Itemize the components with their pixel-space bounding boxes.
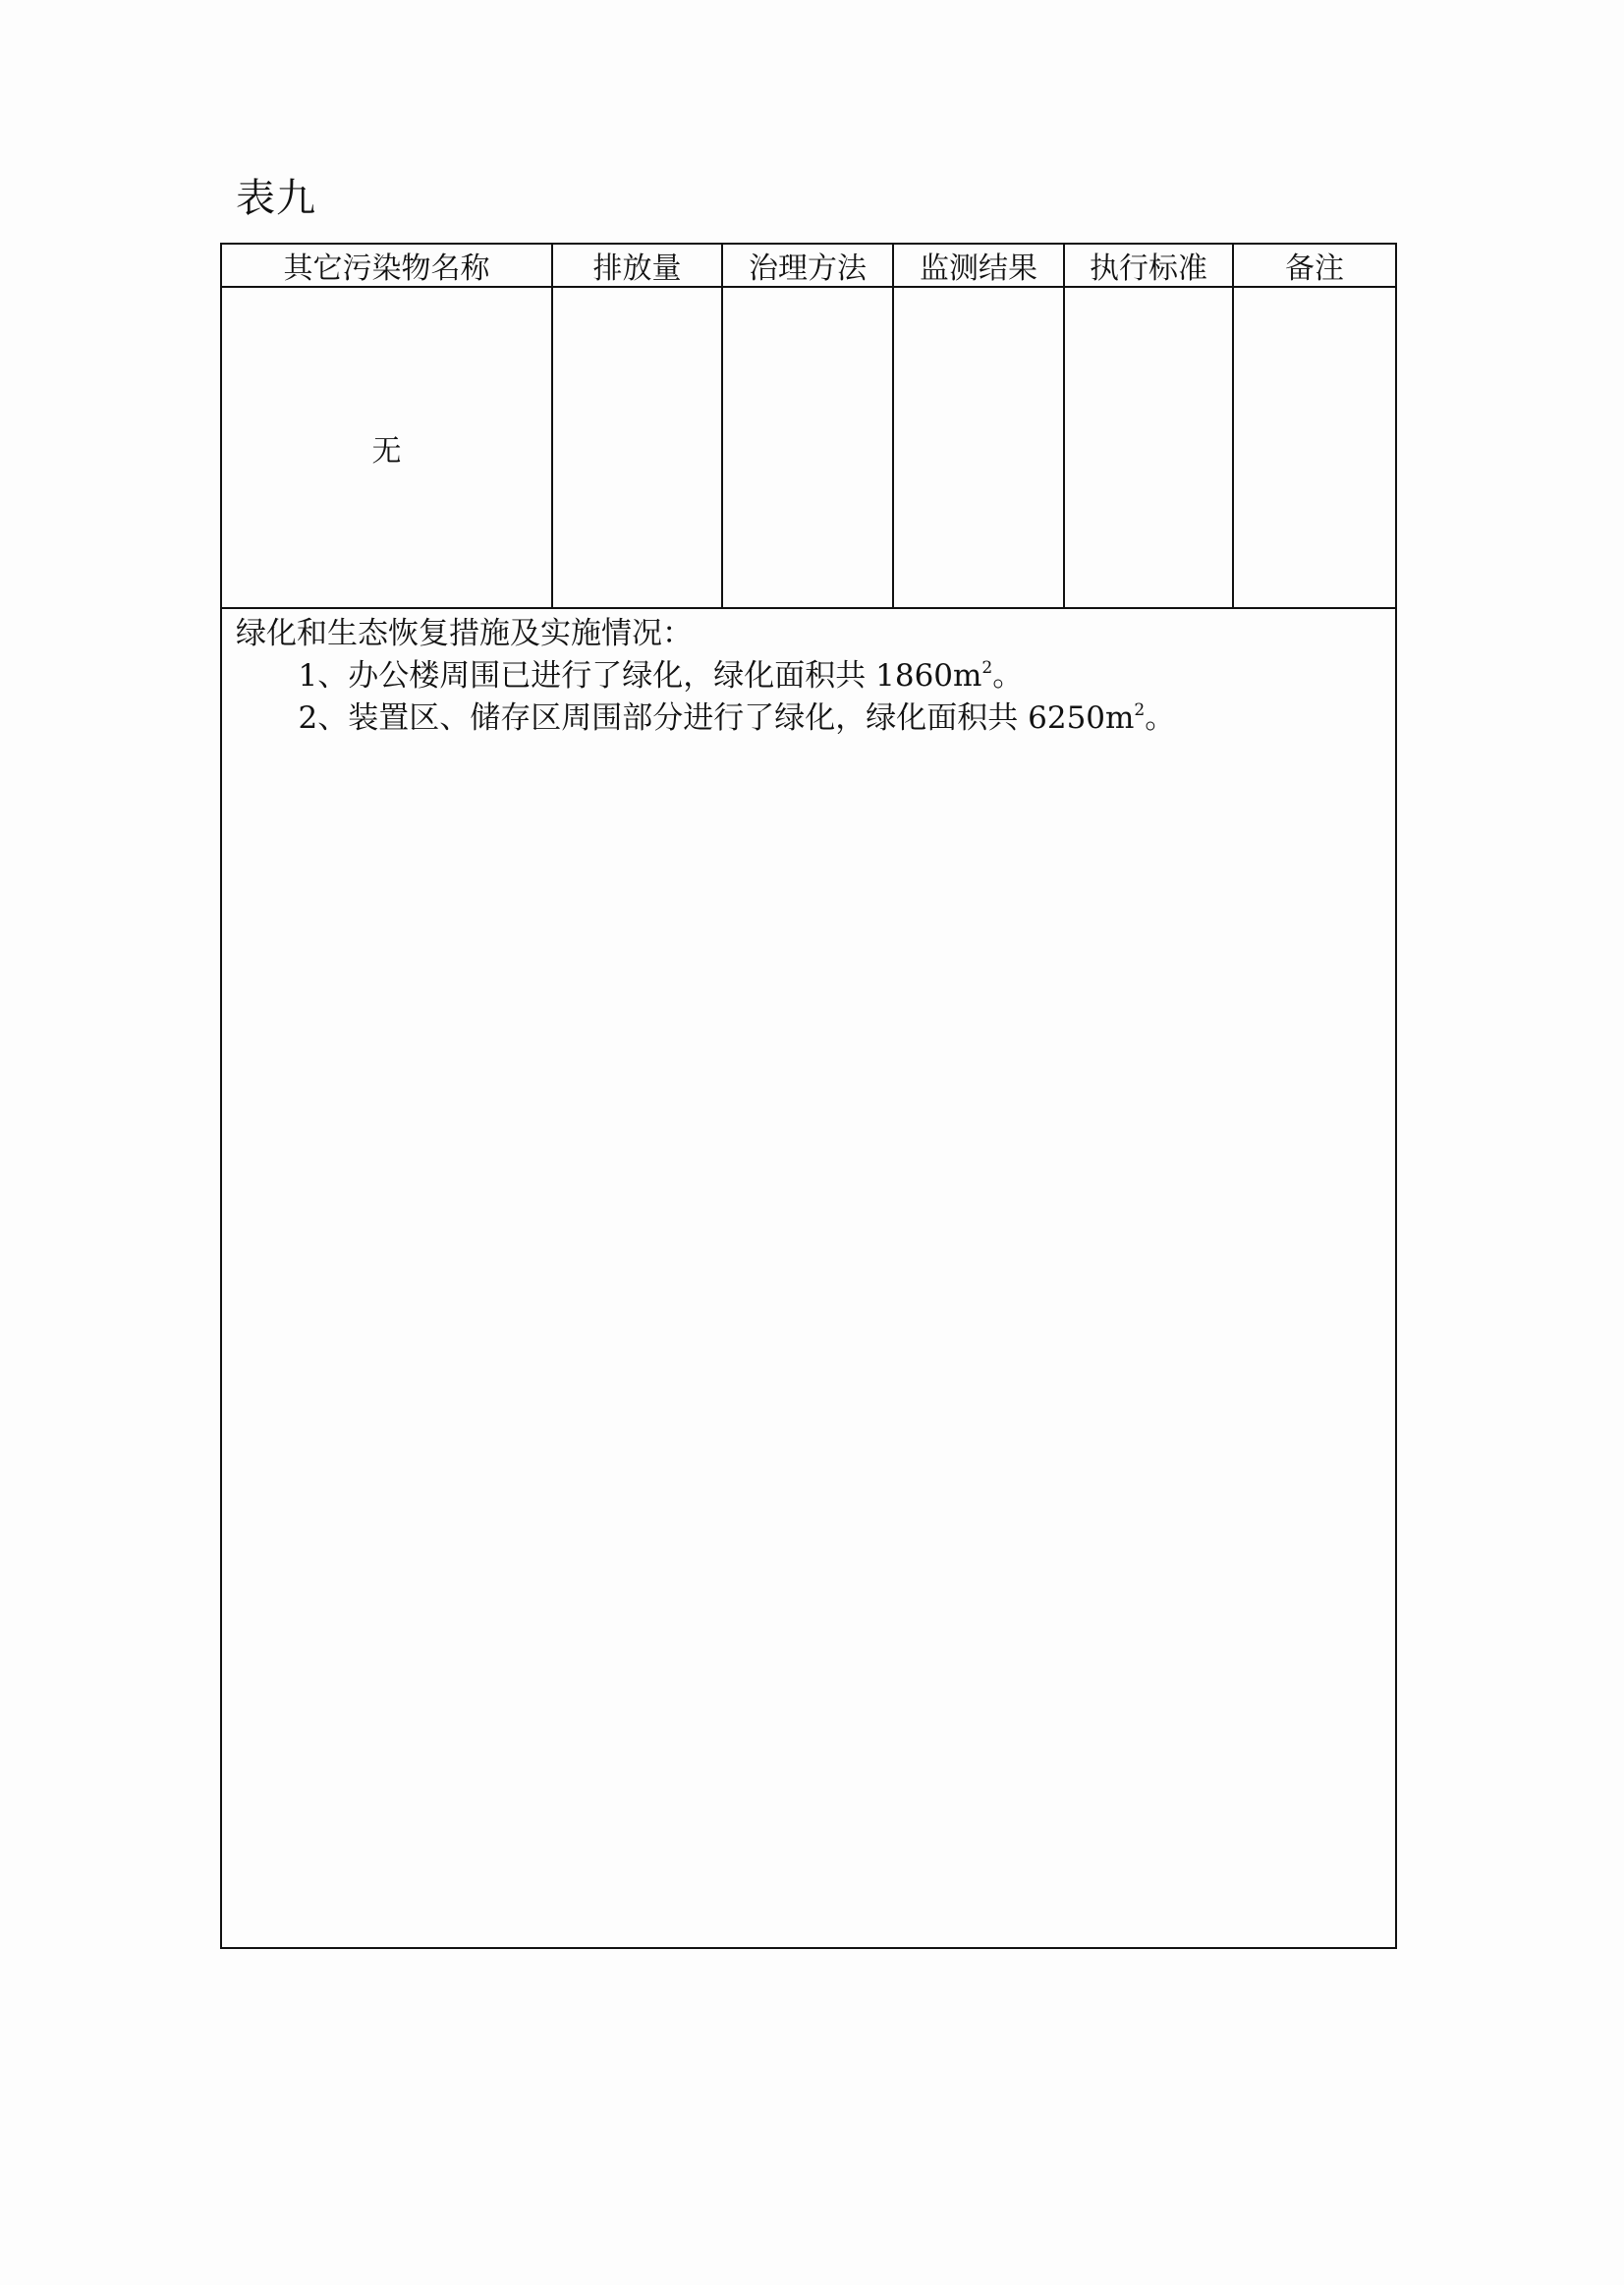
cell-monitoring-result [894, 288, 1065, 607]
cell-pollutant-name: 无 [222, 288, 553, 607]
header-standard: 执行标准 [1065, 245, 1234, 286]
superscript: 2 [1134, 700, 1145, 720]
cell-emission-amount [553, 288, 723, 607]
greening-item-1-text: 1、办公楼周围已进行了绿化，绿化面积共 1860m [299, 658, 982, 694]
header-remarks: 备注 [1234, 245, 1395, 286]
table-row: 无 [222, 288, 1395, 609]
greening-item-2: 2、装置区、储存区周围部分进行了绿化，绿化面积共 6250m2。 [236, 697, 1381, 740]
greening-heading: 绿化和生态恢复措施及实施情况： [236, 613, 1381, 655]
cell-treatment-method [723, 288, 894, 607]
header-emission-amount: 排放量 [553, 245, 723, 286]
header-pollutant-name: 其它污染物名称 [222, 245, 553, 286]
header-treatment-method: 治理方法 [723, 245, 894, 286]
greening-item-1: 1、办公楼周围已进行了绿化，绿化面积共 1860m2。 [236, 655, 1381, 697]
page-title: 表九 [236, 175, 316, 222]
header-monitoring-result: 监测结果 [894, 245, 1065, 286]
pollutant-table: 其它污染物名称 排放量 治理方法 监测结果 执行标准 备注 无 绿化和生态恢复措… [220, 243, 1397, 1949]
cell-remarks [1234, 288, 1395, 607]
cell-standard [1065, 288, 1234, 607]
greening-item-2-end: 。 [1145, 700, 1175, 736]
superscript: 2 [981, 658, 992, 678]
greening-item-1-end: 。 [992, 658, 1023, 694]
greening-item-2-text: 2、装置区、储存区周围部分进行了绿化，绿化面积共 6250m [299, 700, 1135, 736]
greening-section: 绿化和生态恢复措施及实施情况： 1、办公楼周围已进行了绿化，绿化面积共 1860… [222, 609, 1395, 1947]
table-header-row: 其它污染物名称 排放量 治理方法 监测结果 执行标准 备注 [222, 245, 1395, 288]
